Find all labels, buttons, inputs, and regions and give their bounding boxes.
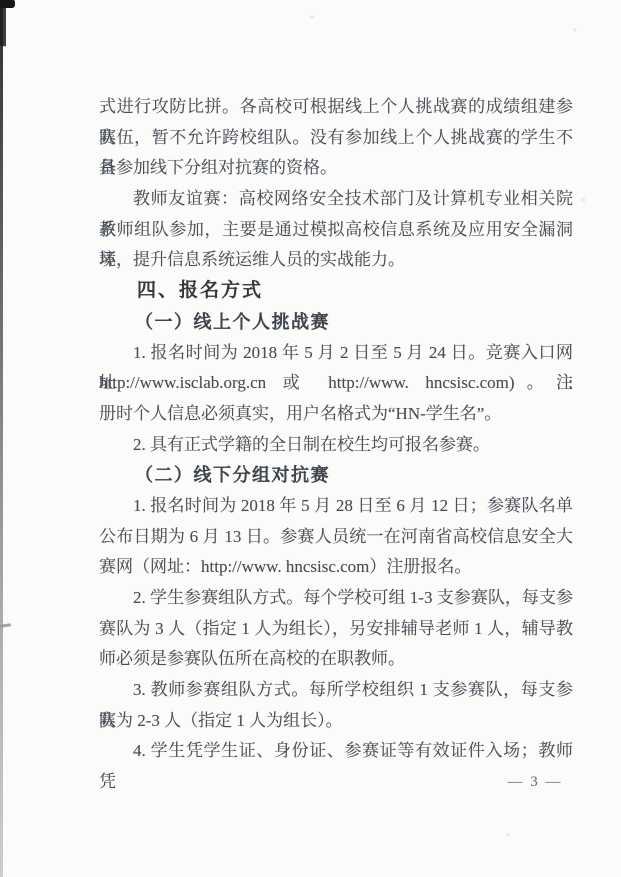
document-body: 式进行攻防比拼。各高校可根据线上个人挑战赛的成绩组建参赛队伍，暂不允许跨校组队。… (99, 92, 573, 767)
text-line: 公布日期为 6 月 13 日。参赛人员统一在河南省高校信息安全大 (99, 522, 573, 553)
text-line: 2. 学生参赛组队方式。每个学校可组 1-3 支参赛队，每支参 (99, 583, 573, 614)
text-line: 教师组队参加，主要是通过模拟高校信息系统及应用安全漏洞环 (99, 215, 573, 246)
page-number: — 3 — (500, 774, 570, 791)
text-line: 师必须是参赛队伍所在高校的在职教师。 (99, 644, 573, 675)
text-line: 教师友谊赛：高校网络安全技术部门及计算机专业相关院系 (99, 184, 573, 215)
text-line: 4. 学生凭学生证、身份证、参赛证等有效证件入场；教师凭 (99, 736, 573, 767)
text-line: 备参加线下分组对抗赛的资格。 (99, 153, 573, 184)
text-line: 赛队为 3 人（指定 1 人为组长），另安排辅导老师 1 人，辅导教 (99, 614, 573, 645)
scan-corner-mark-artifact (0, 0, 15, 8)
text-line: 赛网（网址：http://www. hncsisc.com）注册报名。 (99, 552, 573, 583)
text-line: 1. 报名时间为 2018 年 5 月 28 日至 6 月 12 日；参赛队名单 (99, 491, 573, 522)
text-line: （二）线下分组对抗赛 (99, 460, 573, 491)
scanned-document-page: { "colors": { "paper": "#fbfbfa", "ink":… (0, 0, 621, 877)
text-line: 式进行攻防比拼。各高校可根据线上个人挑战赛的成绩组建参赛 (99, 92, 573, 123)
scan-left-edge-artifact (0, 0, 3, 877)
text-line: 册时个人信息必须真实，用户名格式为“HN-学生名”。 (99, 399, 573, 430)
text-line: 3. 教师参赛组队方式。每所学校组织 1 支参赛队，每支参赛 (99, 675, 573, 706)
text-line: http://www.isclab.org.cn 或 http://www. h… (99, 368, 573, 399)
text-line: 队为 2-3 人（指定 1 人为组长）。 (99, 706, 573, 737)
text-line: （一）线上个人挑战赛 (99, 307, 573, 338)
text-line: 四、报名方式 (99, 276, 573, 307)
text-line: 境，提升信息系统运维人员的实战能力。 (99, 245, 573, 276)
text-line: 2. 具有正式学籍的全日制在校生均可报名参赛。 (99, 430, 573, 461)
text-line: 队伍，暂不允许跨校组队。没有参加线上个人挑战赛的学生不具 (99, 123, 573, 154)
text-line: 1. 报名时间为 2018 年 5 月 2 日至 5 月 24 日。竞赛入口网址… (99, 338, 573, 369)
